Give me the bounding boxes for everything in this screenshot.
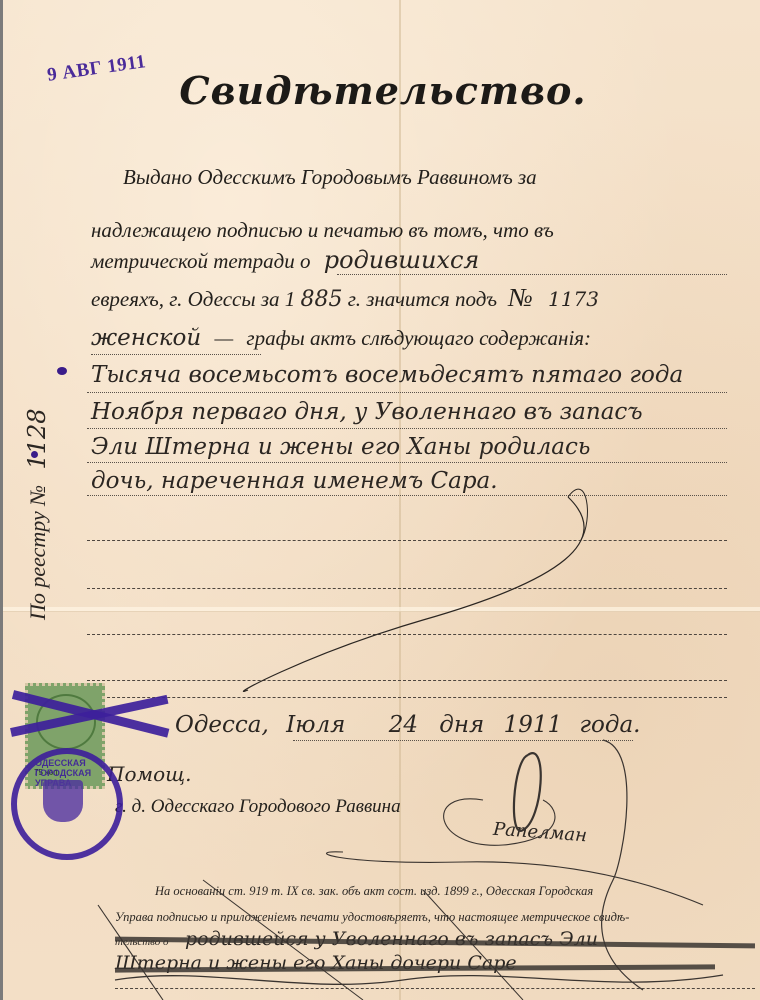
flourish-stroke: [568, 489, 587, 540]
signature-underline: [326, 852, 703, 905]
flourish-stroke: [243, 497, 584, 691]
cancel-wave: [115, 975, 723, 984]
document-paper: 9 АВГ 1911 Свидѣтельство. Выдано Одесски…: [0, 0, 760, 1000]
signature-loop: [444, 799, 555, 845]
signature-loop: [514, 753, 541, 831]
cancel-diagonal: [423, 890, 523, 1000]
signature-flourishes: [3, 0, 760, 1000]
cancel-diagonal: [98, 905, 163, 1000]
signature-stroke: [602, 740, 643, 990]
